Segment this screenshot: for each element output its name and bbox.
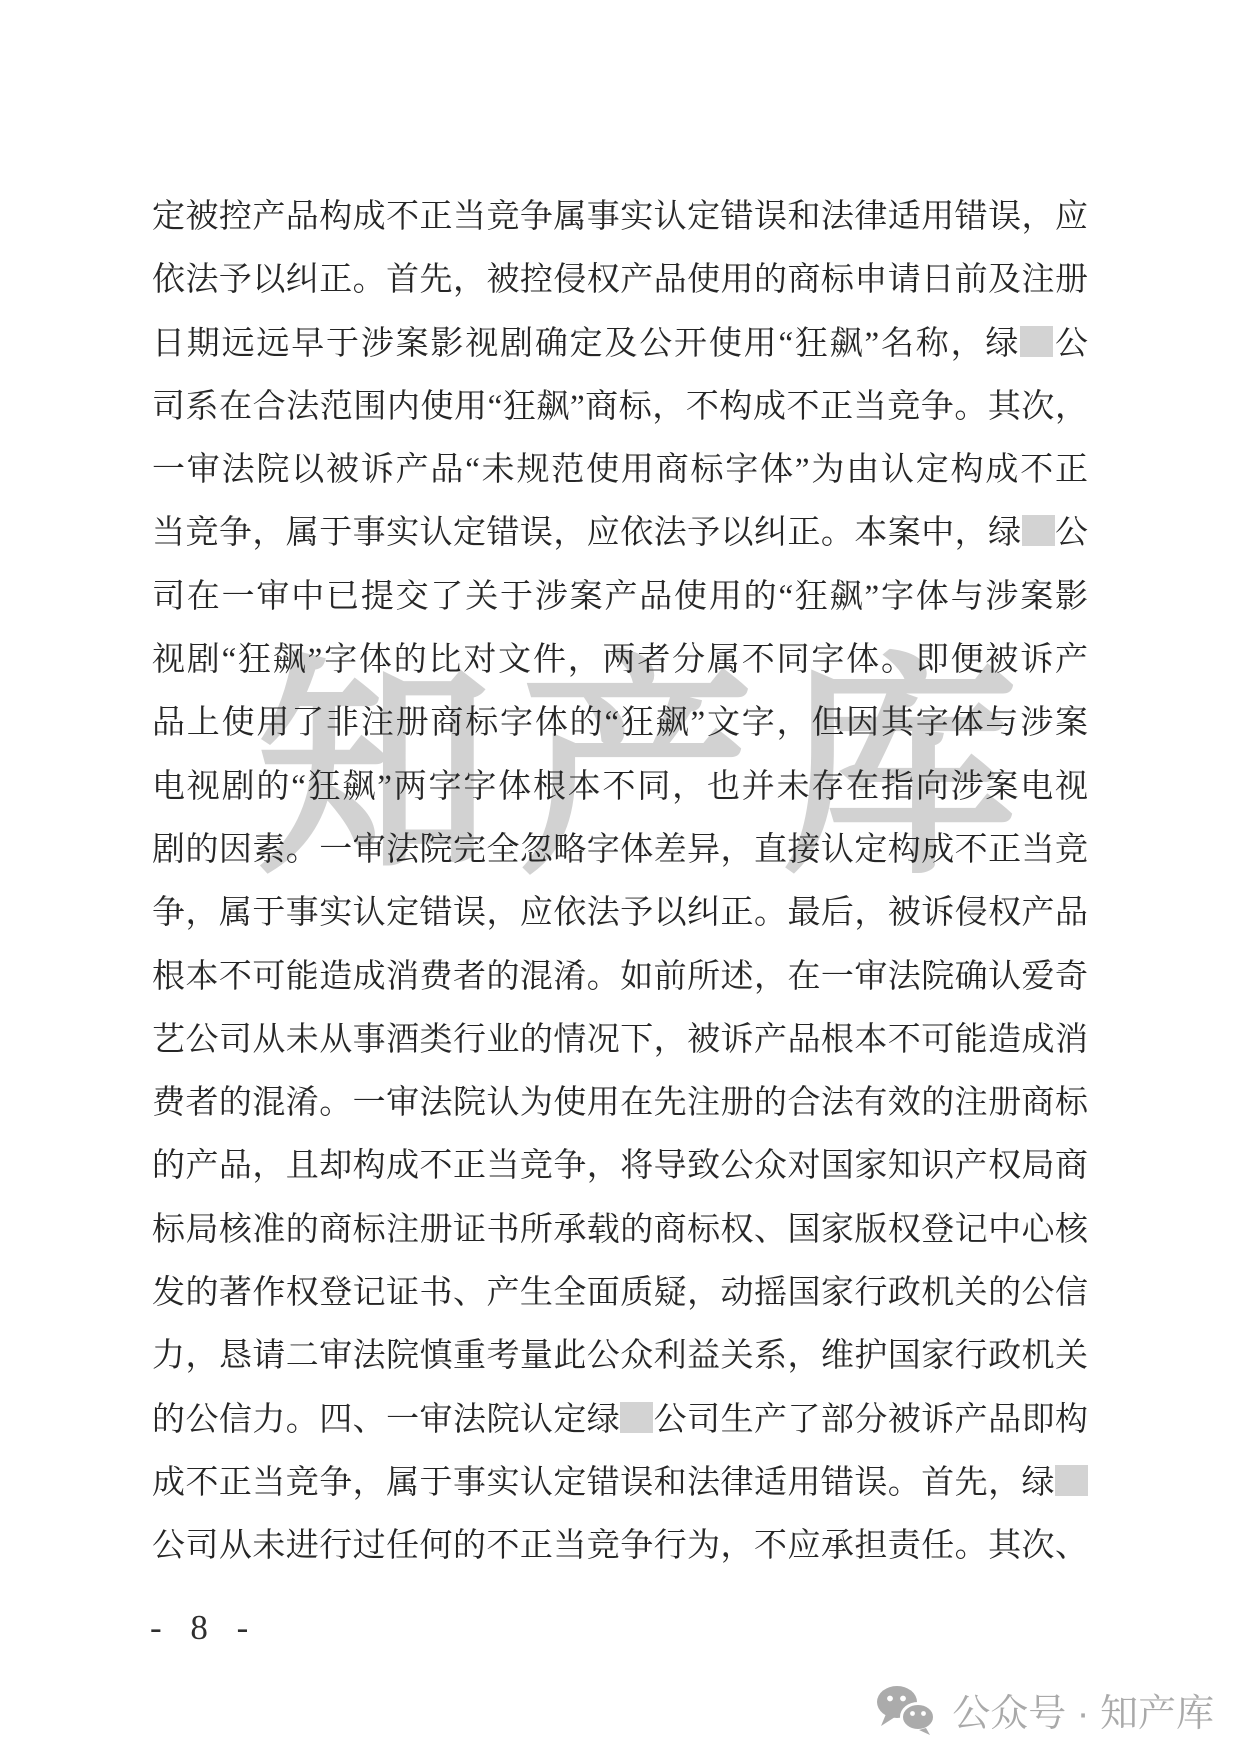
text-line: 日期远远早于涉案影视剧确定及公开使用“狂飙”名称，绿公 xyxy=(152,313,1088,376)
text-line: 标局核准的商标注册证书所承载的商标权、国家版权登记中心核 xyxy=(152,1199,1088,1262)
text-line: 一审法院以被诉产品“未规范使用商标字体”为由认定构成不正 xyxy=(152,439,1088,502)
text-line: 电视剧的“狂飙”两字字体根本不同，也并未存在指向涉案电视 xyxy=(152,756,1088,819)
text-line: 成不正当竞争，属于事实认定错误和法律适用错误。首先，绿 xyxy=(152,1452,1088,1515)
text-line: 发的著作权登记证书、产生全面质疑，动摇国家行政机关的公信 xyxy=(152,1262,1088,1325)
document-body: 定被控产品构成不正当竞争属事实认定错误和法律适用错误，应依法予以纠正。首先，被控… xyxy=(152,186,1088,1579)
document-page: 知产库 定被控产品构成不正当竞争属事实认定错误和法律适用错误，应依法予以纠正。首… xyxy=(0,0,1240,1753)
footer: 公众号 · 知产库 xyxy=(874,1682,1214,1737)
footer-account-label: 公众号 · 知产库 xyxy=(952,1682,1214,1737)
text-line: 司系在合法范围内使用“狂飙”商标，不构成不正当竞争。其次， xyxy=(152,376,1088,439)
redaction-box xyxy=(1020,326,1053,357)
text-line: 剧的因素。一审法院完全忽略字体差异，直接认定构成不正当竞 xyxy=(152,819,1088,882)
wechat-icon xyxy=(874,1685,938,1735)
text-line: 依法予以纠正。首先，被控侵权产品使用的商标申请日前及注册 xyxy=(152,249,1088,312)
text-line: 争，属于事实认定错误，应依法予以纠正。最后，被诉侵权产品 xyxy=(152,882,1088,945)
text-line: 的公信力。四、一审法院认定绿公司生产了部分被诉产品即构 xyxy=(152,1389,1088,1452)
redaction-box xyxy=(1022,515,1055,546)
text-line: 艺公司从未从事酒类行业的情况下，被诉产品根本不可能造成消 xyxy=(152,1009,1088,1072)
text-line: 力，恳请二审法院慎重考量此公众利益关系，维护国家行政机关 xyxy=(152,1325,1088,1388)
text-line: 当竞争，属于事实认定错误，应依法予以纠正。本案中，绿公 xyxy=(152,502,1088,565)
text-line: 司在一审中已提交了关于涉案产品使用的“狂飙”字体与涉案影 xyxy=(152,566,1088,629)
page-number: - 8 - xyxy=(150,1608,258,1648)
redaction-box xyxy=(1055,1465,1088,1496)
text-line: 根本不可能造成消费者的混淆。如前所述，在一审法院确认爱奇 xyxy=(152,946,1088,1009)
text-line: 的产品，且却构成不正当竞争，将导致公众对国家知识产权局商 xyxy=(152,1135,1088,1198)
text-line: 视剧“狂飙”字体的比对文件，两者分属不同字体。即便被诉产 xyxy=(152,629,1088,692)
text-line: 公司从未进行过任何的不正当竞争行为，不应承担责任。其次、 xyxy=(152,1515,1088,1578)
redaction-box xyxy=(620,1402,653,1433)
text-line: 费者的混淆。一审法院认为使用在先注册的合法有效的注册商标 xyxy=(152,1072,1088,1135)
text-line: 品上使用了非注册商标字体的“狂飙”文字，但因其字体与涉案 xyxy=(152,692,1088,755)
text-line: 定被控产品构成不正当竞争属事实认定错误和法律适用错误，应 xyxy=(152,186,1088,249)
